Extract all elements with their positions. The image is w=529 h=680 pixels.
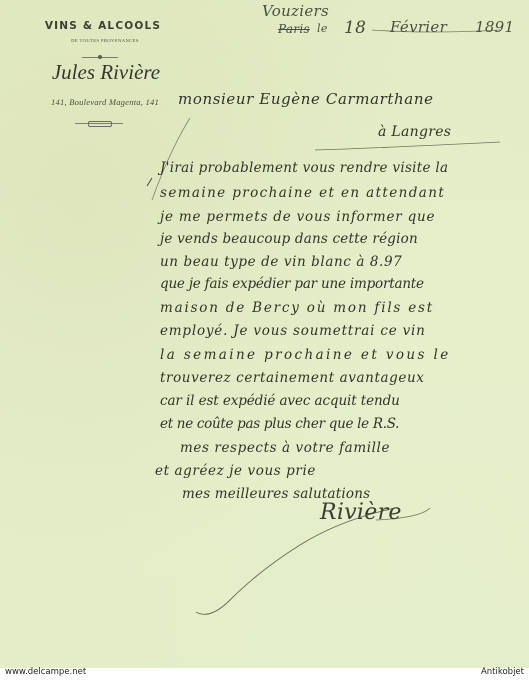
watermark-left: www.delcampe.net [5,667,86,677]
letter-sheet: VINS & ALCOOLS DE TOUTES PROVENANCES Jul… [0,0,529,668]
pen-flourishes [0,0,529,668]
watermark-right: Antikobjet [481,667,524,677]
